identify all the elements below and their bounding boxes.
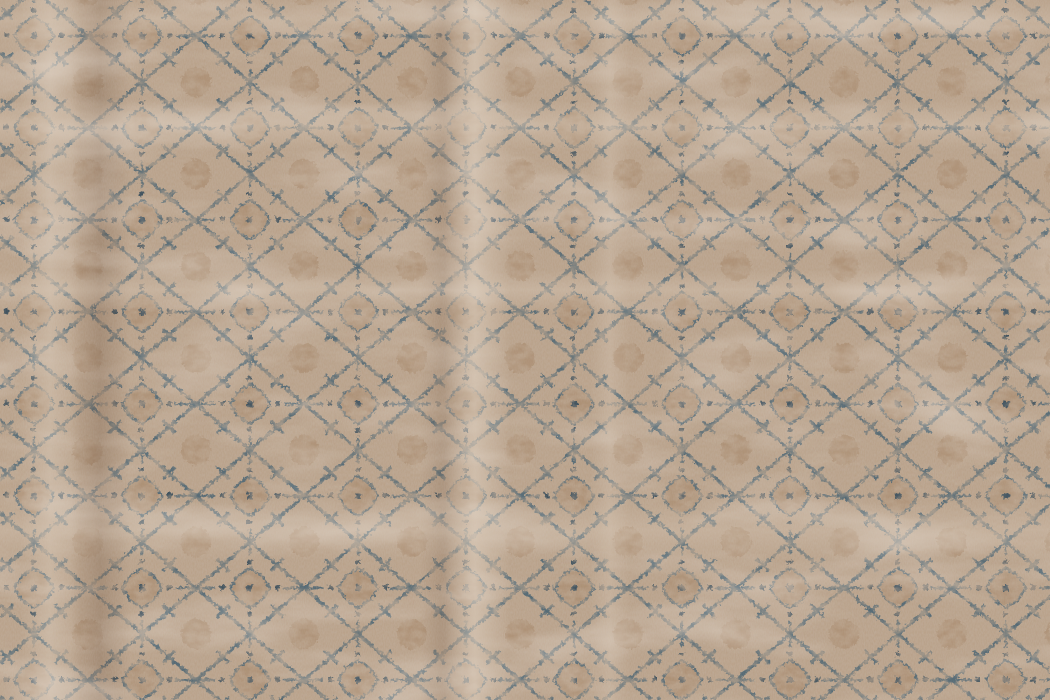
rug-texture bbox=[0, 0, 1050, 700]
rug-photo bbox=[0, 0, 1050, 700]
